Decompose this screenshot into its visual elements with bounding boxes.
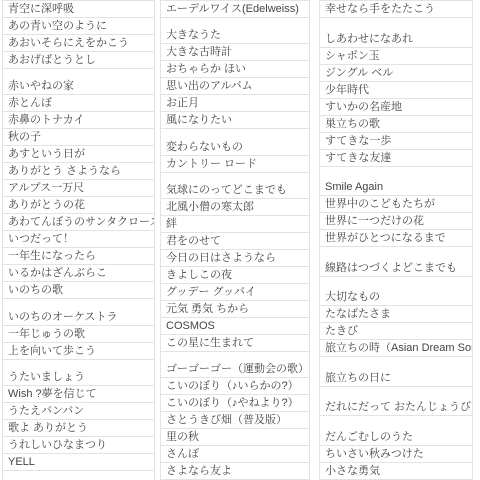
song-title-cell[interactable]: うたえバンバン (3, 403, 154, 420)
song-title-cell[interactable]: いつだって！ (3, 231, 154, 248)
song-title-cell[interactable]: あわてんぼうのサンタクロース (3, 214, 154, 231)
song-column-3: 幸せなら手をたたこうしあわせになあれシャボン玉ジングル ベル少年時代すいかの名産… (319, 0, 473, 480)
song-title-cell[interactable]: 青空に深呼吸 (3, 1, 154, 18)
song-title-cell[interactable]: 歌よ ありがとう (3, 420, 154, 437)
song-title-cell[interactable]: うれしいひなまつり (3, 437, 154, 454)
song-title-cell[interactable]: さんぽ (161, 446, 309, 463)
song-title-cell[interactable]: 大きな古時計 (161, 44, 309, 61)
song-title-cell[interactable]: 気球にのってどこまでも (161, 182, 309, 199)
group-gap (320, 387, 472, 400)
song-column-1: 青空に深呼吸あの青い空のようにあおいそらにえをかこうあおげばとうとし赤いやねの家… (2, 0, 155, 480)
group-gap (3, 360, 154, 369)
group-gap (320, 277, 472, 290)
song-title-cell[interactable]: 世界に一つだけの花 (320, 213, 472, 230)
song-title-cell[interactable]: いるかはざんぶらこ (3, 265, 154, 282)
song-title-cell[interactable]: だんごむしのうた (320, 429, 472, 446)
song-title-cell[interactable]: 世界中のこどもたちが (320, 196, 472, 213)
song-title-cell[interactable]: カントリー ロード (161, 156, 309, 173)
song-title-cell[interactable]: エーデルワイス(Edelweiss) (161, 1, 309, 18)
song-title-cell[interactable]: シャボン玉 (320, 48, 472, 65)
song-column-2: エーデルワイス(Edelweiss)大きなうた大きな古時計おちゃらか ほい思い出… (160, 0, 310, 480)
song-title-cell[interactable]: こいのぼり（♪やねより?） (161, 395, 309, 412)
song-title-cell[interactable]: たなばたさま (320, 306, 472, 323)
song-title-cell[interactable]: アルプス一万尺 (3, 180, 154, 197)
song-title-cell[interactable]: 里の秋 (161, 429, 309, 446)
song-title-cell[interactable]: たきび (320, 323, 472, 340)
song-title-cell[interactable]: 赤とんぼ (3, 95, 154, 112)
song-title-cell[interactable]: 絆 (161, 216, 309, 233)
song-title-list-page: 青空に深呼吸あの青い空のようにあおいそらにえをかこうあおげばとうとし赤いやねの家… (0, 0, 480, 480)
group-gap (3, 69, 154, 78)
group-gap (320, 247, 472, 260)
song-title-cell[interactable]: すてきな友達 (320, 150, 472, 167)
song-title-cell[interactable]: さよなら友よ (161, 463, 309, 480)
song-title-cell[interactable]: 旅立ちの時（Asian Dream Song） (320, 340, 472, 357)
song-title-cell[interactable]: この星に生まれて (161, 335, 309, 352)
song-title-cell[interactable]: 君をのせて (161, 233, 309, 250)
song-title-cell[interactable]: 北風小僧の寒太郎 (161, 199, 309, 216)
song-title-cell[interactable]: 大きなうた (161, 27, 309, 44)
group-gap (320, 416, 472, 429)
song-title-cell[interactable]: あの青い空のように (3, 18, 154, 35)
song-title-cell[interactable]: 一年生になったら (3, 248, 154, 265)
song-title-cell[interactable]: あすという日が (3, 146, 154, 163)
song-title-cell[interactable]: すいかの名産地 (320, 99, 472, 116)
song-title-cell[interactable]: 一年じゅうの歌 (3, 326, 154, 343)
song-title-cell[interactable]: さとうきび畑（普及版） (161, 412, 309, 429)
song-title-cell[interactable]: Wish ?夢を信じて (3, 386, 154, 403)
song-title-cell[interactable]: ありがとう さようなら (3, 163, 154, 180)
song-title-cell[interactable]: 秋の子 (3, 129, 154, 146)
song-title-cell[interactable]: 今日の日はさようなら (161, 250, 309, 267)
group-gap (320, 18, 472, 31)
song-title-cell[interactable]: こいのぼり（♪いらかの?） (161, 378, 309, 395)
song-title-cell[interactable]: 赤いやねの家 (3, 78, 154, 95)
song-title-cell[interactable]: 上を向いて歩こう (3, 343, 154, 360)
song-title-cell[interactable]: おちゃらか ほい (161, 61, 309, 78)
song-title-cell[interactable]: 風になりたい (161, 112, 309, 129)
song-title-cell[interactable]: グッデー グッバイ (161, 284, 309, 301)
song-title-cell[interactable]: きよしこの夜 (161, 267, 309, 284)
song-title-cell[interactable]: 世界がひとつになるまで (320, 230, 472, 247)
group-gap (320, 357, 472, 370)
song-title-cell[interactable]: ちいさい秋みつけた (320, 446, 472, 463)
song-title-cell[interactable]: 少年時代 (320, 82, 472, 99)
song-title-cell[interactable]: 旅立ちの日に (320, 370, 472, 387)
song-title-cell[interactable]: 幸せなら手をたたこう (320, 1, 472, 18)
song-title-cell[interactable]: 変わらないもの (161, 139, 309, 156)
song-title-cell[interactable]: 思い出のアルバム (161, 78, 309, 95)
song-title-cell[interactable]: ゴーゴーゴー（運動会の歌） (161, 361, 309, 378)
song-title-cell[interactable]: 元気 勇気 ちから (161, 301, 309, 318)
song-title-cell[interactable]: だれにだって おたんじょうび (320, 399, 472, 416)
song-title-cell[interactable]: 線路はつづくよどこまでも (320, 260, 472, 277)
song-title-cell[interactable]: お正月 (161, 95, 309, 112)
song-title-cell[interactable]: うたいましょう (3, 369, 154, 386)
song-title-cell[interactable]: あおげばとうとし (3, 52, 154, 69)
song-title-cell[interactable]: ジングル ベル (320, 65, 472, 82)
song-title-cell[interactable]: 赤鼻のトナカイ (3, 112, 154, 129)
group-gap (161, 352, 309, 361)
song-title-cell[interactable]: 小さな勇気 (320, 463, 472, 480)
song-title-cell[interactable]: Smile Again (320, 179, 472, 196)
song-title-cell[interactable]: あおいそらにえをかこう (3, 35, 154, 52)
song-title-cell[interactable]: すてきな一歩 (320, 133, 472, 150)
group-gap (3, 471, 154, 480)
group-gap (161, 18, 309, 27)
song-title-cell[interactable]: しあわせになあれ (320, 31, 472, 48)
group-gap (161, 173, 309, 182)
song-title-cell[interactable]: いのちの歌 (3, 282, 154, 299)
group-gap (161, 129, 309, 138)
song-title-cell[interactable]: ありがとうの花 (3, 197, 154, 214)
song-title-cell[interactable]: 巣立ちの歌 (320, 116, 472, 133)
song-title-cell[interactable]: COSMOS (161, 318, 309, 335)
song-title-cell[interactable]: YELL (3, 454, 154, 471)
song-title-cell[interactable]: いのちのオーケストラ (3, 309, 154, 326)
group-gap (320, 167, 472, 180)
group-gap (3, 299, 154, 308)
song-title-cell[interactable]: 大切なもの (320, 289, 472, 306)
